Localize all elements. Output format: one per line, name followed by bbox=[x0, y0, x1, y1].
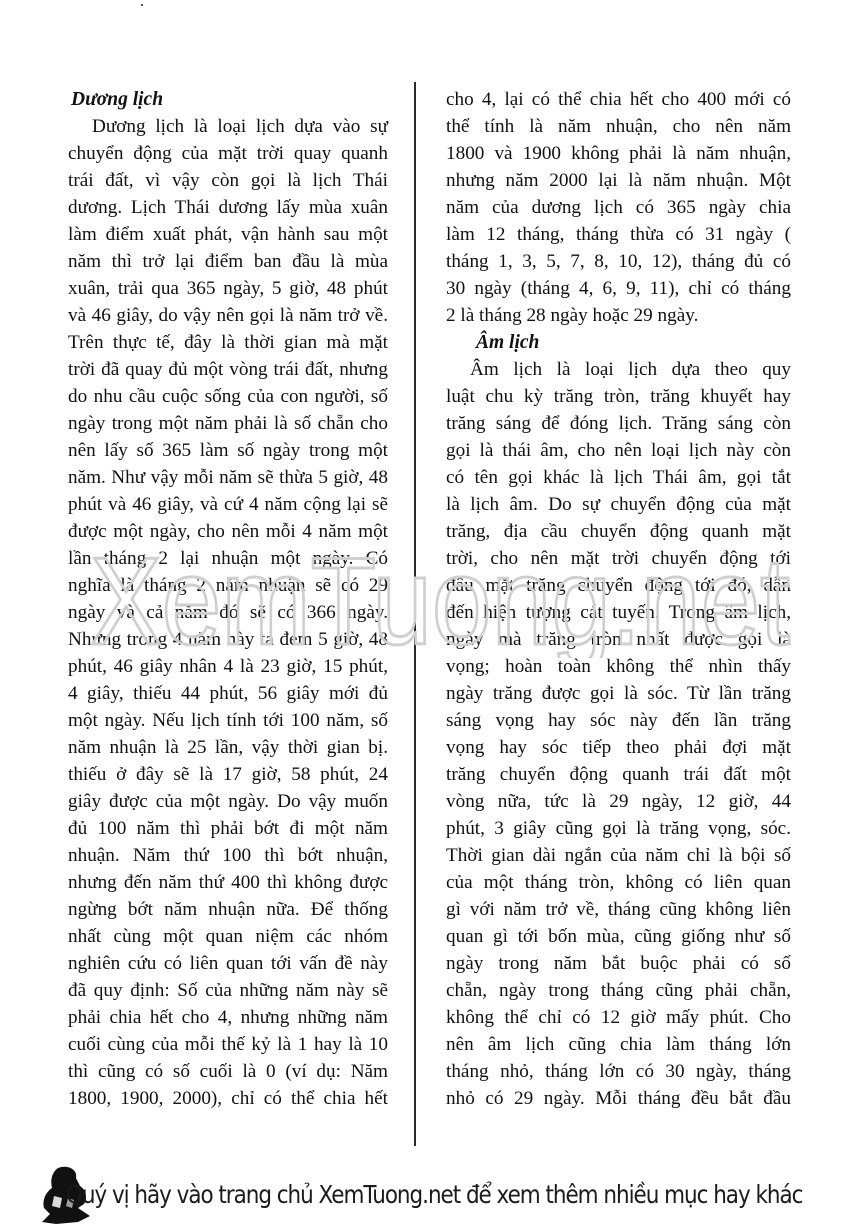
text-line: ngừng bớt năm nhuận nữa. Để thống bbox=[68, 896, 388, 923]
text-line: xuân, trải qua 365 ngày, 5 giờ, 48 phút bbox=[68, 275, 388, 302]
text-line: làm điểm xuất phát, vận hành sau một bbox=[68, 221, 388, 248]
text-line: trăng chuyển động quanh trái đất một bbox=[446, 761, 791, 788]
text-line: một ngày. Nếu lịch tính tới 100 năm, số bbox=[68, 707, 388, 734]
text-line: luật chu kỳ trăng tròn, trăng khuyết hay bbox=[446, 383, 791, 410]
text-line: trời, cho nên mặt trời chuyển động tới bbox=[446, 545, 791, 572]
text-line: 4 giây, thiếu 44 phút, 56 giây mới đủ bbox=[68, 680, 388, 707]
text-line: phút, 46 giây nhân 4 là 23 giờ, 15 phút, bbox=[68, 653, 388, 680]
text-line: nhuận. Năm thứ 100 thì bớt nhuận, bbox=[68, 842, 388, 869]
text-line: đủ 100 năm thì phải bớt đi một năm bbox=[68, 815, 388, 842]
text-line: đã quy định: Số của những năm này sẽ bbox=[68, 977, 388, 1004]
text-line: Thời gian dài ngắn của năm chỉ là bội số bbox=[446, 842, 791, 869]
text-line: quan gì tới bốn mùa, cũng giống như số bbox=[446, 923, 791, 950]
text-line: năm thì trở lại điểm ban đầu là mùa bbox=[68, 248, 388, 275]
text-line: đâu mặt trăng chuyển động tới đó, dẫn bbox=[446, 572, 791, 599]
footer-banner[interactable]: Quý vị hãy vào trang chủ XemTuong.net để… bbox=[0, 1160, 850, 1228]
text-line: nghĩa là tháng 2 năm nhuận sẽ có 29 bbox=[68, 572, 388, 599]
text-line: cuối cùng của mỗi thế kỷ là 1 hay là 10 bbox=[68, 1031, 388, 1058]
book-page: Dương lịch Dương lịch là loại lịch dựa v… bbox=[0, 0, 850, 1228]
text-line: 1800 và 1900 không phải là năm nhuận, bbox=[446, 140, 791, 167]
text-line: vọng; hoàn toàn không thể nhìn thấy bbox=[446, 653, 791, 680]
text-line: Nhưng trong 4 năm này ta đem 5 giờ, 48 bbox=[68, 626, 388, 653]
text-line: Dương lịch là loại lịch dựa vào sự bbox=[68, 113, 388, 140]
text-line: thiếu ở đây sẽ là 17 giờ, 58 phút, 24 bbox=[68, 761, 388, 788]
text-line: do nhu cầu cuộc sống của con người, số bbox=[68, 383, 388, 410]
text-line: năm. Như vậy mỗi năm sẽ thừa 5 giờ, 48 bbox=[68, 464, 388, 491]
text-line: chuyển động của mặt trời quay quanh bbox=[68, 140, 388, 167]
text-line: làm 12 tháng, tháng thừa có 31 ngày ( bbox=[446, 221, 791, 248]
text-line: chẵn, ngày trong tháng cũng phải chẵn, bbox=[446, 977, 791, 1004]
text-line: vòng nữa, tức là 29 ngày, 12 giờ, 44 bbox=[446, 788, 791, 815]
text-line: nên âm lịch cũng chia làm tháng lớn bbox=[446, 1031, 791, 1058]
text-line: nhất cùng một quan niệm các nhóm bbox=[68, 923, 388, 950]
text-line: 30 ngày (tháng 4, 6, 9, 11), chỉ có thán… bbox=[446, 275, 791, 302]
text-line: nhỏ có 29 ngày. Mỗi tháng đều bắt đầu bbox=[446, 1085, 791, 1112]
text-line: 2 là tháng 28 ngày hoặc 29 ngày. bbox=[446, 302, 791, 329]
text-line: gọi là thái âm, cho nên loại lịch này cò… bbox=[446, 437, 791, 464]
text-line: đến hiện tượng cát tuyến. Trong âm lịch, bbox=[446, 599, 791, 626]
text-line: gì với năm trở về, tháng cũng không liên bbox=[446, 896, 791, 923]
text-line: năm nhuận là 25 lần, vậy thời gian bị. bbox=[68, 734, 388, 761]
section-heading-am-lich: Âm lịch bbox=[446, 329, 791, 356]
text-line: Âm lịch là loại lịch dựa theo quy bbox=[446, 356, 791, 383]
text-line: năm của dương lịch có 365 ngày chia bbox=[446, 194, 791, 221]
text-line: trái đất, vì vậy còn gọi là lịch Thái bbox=[68, 167, 388, 194]
text-line: giây được của một ngày. Do vậy muốn bbox=[68, 788, 388, 815]
text-line: sáng vọng hay sóc này đến lần trăng bbox=[446, 707, 791, 734]
text-line: và 46 giây, do vậy nên gọi là năm trở về… bbox=[68, 302, 388, 329]
text-line: phút và 46 giây, và cứ 4 năm cộng lại sẽ bbox=[68, 491, 388, 518]
text-line: dương. Lịch Thái dương lấy mùa xuân bbox=[68, 194, 388, 221]
text-line: tháng nhỏ, tháng lớn có 30 ngày, tháng bbox=[446, 1058, 791, 1085]
right-column: cho 4, lại có thể chia hết cho 400 mới c… bbox=[446, 86, 791, 1112]
text-line: ngày trong năm bắt buộc phải có số bbox=[446, 950, 791, 977]
text-line: lần tháng 2 lại nhuận một ngày. Có bbox=[68, 545, 388, 572]
footer-link-text[interactable]: Quý vị hãy vào trang chủ XemTuong.net để… bbox=[66, 1180, 802, 1209]
text-line: nhưng đến năm thứ 400 thì không được bbox=[68, 869, 388, 896]
text-line: của một tháng tròn, không có liên quan bbox=[446, 869, 791, 896]
text-line: ngày trong một năm phải là số chẵn cho bbox=[68, 410, 388, 437]
column-divider bbox=[414, 82, 416, 1146]
scan-speck bbox=[141, 4, 143, 6]
text-line: nhưng năm 2000 lại là năm nhuận. Một bbox=[446, 167, 791, 194]
left-column: Dương lịch Dương lịch là loại lịch dựa v… bbox=[68, 86, 388, 1112]
text-line: ngày mà trăng tròn nhất được gọi là bbox=[446, 626, 791, 653]
text-line: ngày và cả năm đó sẽ có 366 ngày. bbox=[68, 599, 388, 626]
text-line: trăng, địa cầu chuyển động quanh mặt bbox=[446, 518, 791, 545]
text-line: trời đã quay đủ một vòng trái đất, nhưng bbox=[68, 356, 388, 383]
text-line: ngày trăng được gọi là sóc. Từ lần trăng bbox=[446, 680, 791, 707]
text-line: không thể chỉ có 12 giờ mấy phút. Cho bbox=[446, 1004, 791, 1031]
text-line: 1800, 1900, 2000), chỉ có thể chia hết bbox=[68, 1085, 388, 1112]
text-line: phải chia hết cho 4, nhưng những năm bbox=[68, 1004, 388, 1031]
text-line: nghiên cứu có liên quan tới vấn đề này bbox=[68, 950, 388, 977]
text-line: nên lấy số 365 làm số ngày trong một bbox=[68, 437, 388, 464]
text-line: vọng hay sóc tiếp theo phải đợi mặt bbox=[446, 734, 791, 761]
text-line: thể tính là năm nhuận, cho nên năm bbox=[446, 113, 791, 140]
text-line: cho 4, lại có thể chia hết cho 400 mới c… bbox=[446, 86, 791, 113]
section-heading-duong-lich: Dương lịch bbox=[68, 86, 388, 113]
text-line: trăng sáng để đóng lịch. Trăng sáng còn bbox=[446, 410, 791, 437]
text-line: thì cũng có số cuối là 0 (ví dụ: Năm bbox=[68, 1058, 388, 1085]
text-line: là lịch âm. Do sự chuyển động của mặt bbox=[446, 491, 791, 518]
text-line: tháng 1, 3, 5, 7, 8, 10, 12), tháng đủ c… bbox=[446, 248, 791, 275]
text-line: có tên gọi khác là lịch Thái âm, gọi tắt bbox=[446, 464, 791, 491]
text-line: được một ngày, cho nên mỗi 4 năm một bbox=[68, 518, 388, 545]
text-line: phút, 3 giây cũng gọi là trăng vọng, sóc… bbox=[446, 815, 791, 842]
text-line: Trên thực tế, đây là thời gian mà mặt bbox=[68, 329, 388, 356]
